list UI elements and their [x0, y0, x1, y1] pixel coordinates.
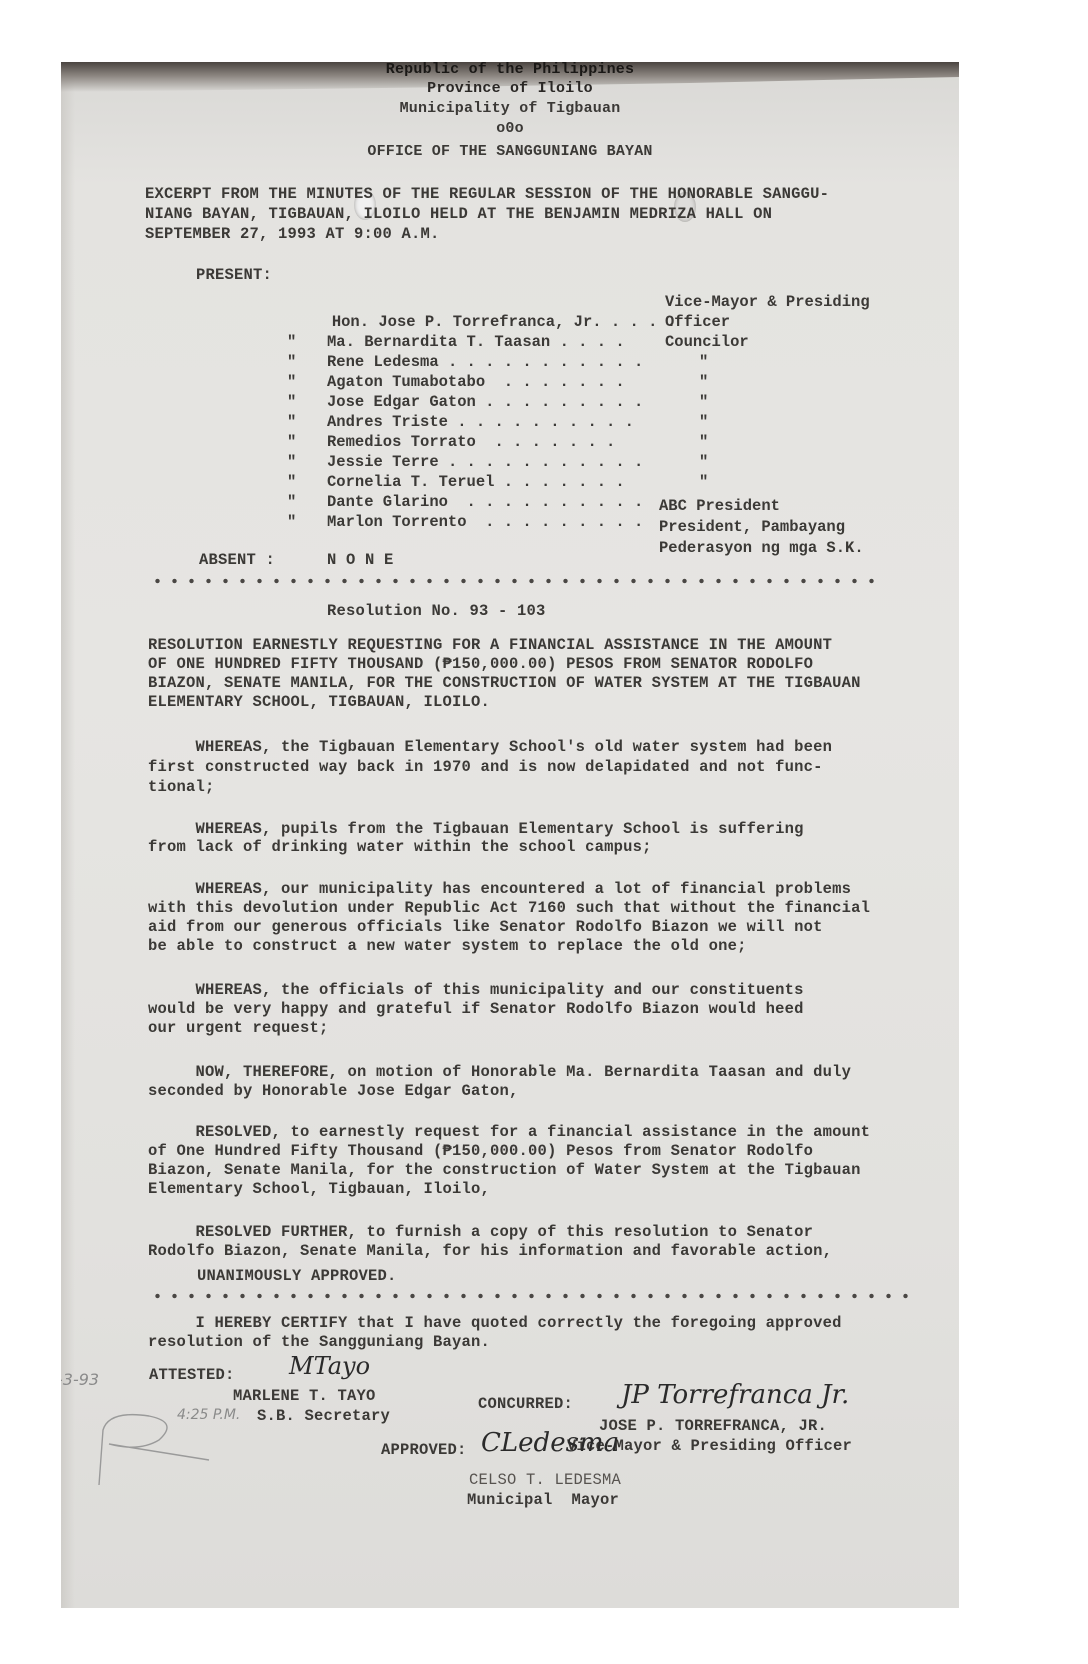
- member-position: ": [699, 452, 708, 472]
- member-name: Cornelia T. Teruel: [327, 473, 494, 491]
- paragraph-line: WHEREAS, pupils from the Tigbauan Elemen…: [148, 819, 804, 839]
- member-position-cont: Pederasyon ng mga S.K.: [659, 538, 864, 558]
- member-prefix: ": [287, 512, 296, 532]
- roster-row: Jessie Terre . . . . . . . . . . .: [327, 452, 643, 472]
- paragraph-line: be able to construct a new water system …: [148, 936, 747, 956]
- excerpt-line-3: SEPTEMBER 27, 1993 AT 9:00 A.M.: [145, 224, 440, 244]
- roster-row: Rene Ledesma . . . . . . . . . . .: [327, 352, 643, 372]
- member-leader: . . . . . . . . . . .: [448, 453, 643, 471]
- paragraph-line: WHEREAS, the officials of this municipal…: [148, 980, 804, 1000]
- member-position: ": [699, 472, 708, 492]
- mayor-name: CELSO T. LEDESMA: [469, 1470, 621, 1490]
- paragraph-line: Biazon, Senate Manila, for the construct…: [148, 1160, 861, 1180]
- member-name: Rene Ledesma: [327, 353, 439, 371]
- resolution-title-line: RESOLUTION EARNESTLY REQUESTING FOR A FI…: [148, 635, 832, 655]
- divider-dotted: [149, 1292, 914, 1300]
- roster-row: Ma. Bernardita T. Taasan . . . .: [327, 332, 625, 352]
- roster-row: Andres Triste . . . . . . . . . .: [327, 412, 634, 432]
- member-position: ": [699, 412, 708, 432]
- paragraph-line: seconded by Honorable Jose Edgar Gaton,: [148, 1081, 519, 1101]
- roster-row: Cornelia T. Teruel . . . . . . .: [327, 472, 625, 492]
- resolution-title-line: ELEMENTARY SCHOOL, TIGBAUAN, ILOILO.: [148, 692, 490, 712]
- certification-line-1: I HEREBY CERTIFY that I have quoted corr…: [148, 1313, 842, 1333]
- paragraph-line: of One Hundred Fifty Thousand (₱150,000.…: [148, 1141, 813, 1161]
- roster-row: Agaton Tumabotabo . . . . . . .: [327, 372, 625, 392]
- resolution-title-line: OF ONE HUNDRED FIFTY THOUSAND (₱150,000.…: [148, 654, 813, 674]
- member-name: Agaton Tumabotabo: [327, 373, 485, 391]
- member-prefix: ": [287, 372, 296, 392]
- member-position: ": [699, 352, 708, 372]
- excerpt-line-1: EXCERPT FROM THE MINUTES OF THE REGULAR …: [145, 184, 829, 204]
- paragraph-line: aid from our generous officials like Sen…: [148, 917, 823, 937]
- roster-row: Dante Glarino . . . . . . . . . .: [327, 492, 643, 512]
- paragraph-line: tional;: [148, 777, 215, 797]
- member-position: ": [699, 432, 708, 452]
- member-name: Andres Triste: [327, 413, 448, 431]
- member-name: Remedios Torrato: [327, 433, 476, 451]
- member-prefix: ": [287, 452, 296, 472]
- roster-row: Jose Edgar Gaton . . . . . . . . .: [327, 392, 643, 412]
- pencil-mark-icon: [89, 1400, 249, 1490]
- secretary-signature: MTayo: [289, 1352, 370, 1380]
- member-prefix: ": [287, 432, 296, 452]
- member-position: ": [699, 392, 708, 412]
- member-name: Ma. Bernardita T. Taasan: [327, 333, 550, 351]
- vice-mayor-signature: JP Torrefranca Jr.: [621, 1380, 849, 1410]
- member-prefix: ": [287, 472, 296, 492]
- handwritten-date: -3-93: [61, 1370, 99, 1389]
- member-leader: . . . . . . . . . .: [467, 493, 644, 511]
- paragraph-line: RESOLVED, to earnestly request for a fin…: [148, 1122, 870, 1142]
- attested-label: ATTESTED:: [149, 1365, 235, 1385]
- present-label: PRESENT:: [196, 265, 272, 285]
- certification-line-2: resolution of the Sangguniang Bayan.: [148, 1332, 490, 1352]
- header-municipality: Municipality of Tigbauan: [61, 99, 959, 119]
- paragraph-line: RESOLVED FURTHER, to furnish a copy of t…: [148, 1222, 813, 1242]
- member-name: Jessie Terre: [327, 453, 439, 471]
- divider-dotted: [149, 577, 879, 585]
- member-leader: . . . . . . . . .: [485, 513, 643, 531]
- member-position-cont: Officer: [665, 312, 730, 332]
- unanimously-approved: UNANIMOUSLY APPROVED.: [197, 1266, 397, 1286]
- approved-label: APPROVED:: [381, 1440, 467, 1460]
- member-position: ": [699, 372, 708, 392]
- roster-row: Remedios Torrato . . . . . . .: [327, 432, 615, 452]
- paragraph-line: WHEREAS, the Tigbauan Elementary School'…: [148, 737, 832, 757]
- header-ornament: o0o: [61, 119, 959, 139]
- member-leader: . . . . . . . . . .: [457, 413, 634, 431]
- paragraph-line: from lack of drinking water within the s…: [148, 837, 652, 857]
- secretary-title: S.B. Secretary: [257, 1406, 390, 1426]
- mayor-title: Municipal Mayor: [467, 1490, 619, 1510]
- absent-label: ABSENT :: [199, 550, 275, 570]
- excerpt-line-2: NIANG BAYAN, TIGBAUAN, ILOILO HELD AT TH…: [145, 204, 772, 224]
- member-leader: . . . . . . .: [504, 473, 625, 491]
- member-position: Vice-Mayor & Presiding: [665, 292, 870, 312]
- member-name: Jose Edgar Gaton: [327, 393, 476, 411]
- member-prefix: ": [287, 492, 296, 512]
- secretary-name: MARLENE T. TAYO: [233, 1386, 376, 1406]
- vice-mayor-name: JOSE P. TORREFRANCA, JR.: [599, 1416, 827, 1436]
- member-leader: . . . .: [560, 333, 625, 351]
- member-prefix: ": [287, 332, 296, 352]
- member-prefix: ": [287, 392, 296, 412]
- member-prefix: Hon.: [332, 313, 369, 331]
- member-leader: . . . . . . .: [494, 433, 615, 451]
- header-country: Republic of the Philippines: [61, 62, 959, 80]
- member-name: Marlon Torrento: [327, 513, 467, 531]
- paragraph-line: with this devolution under Republic Act …: [148, 898, 870, 918]
- member-prefix: ": [287, 352, 296, 372]
- header-office: OFFICE OF THE SANGGUNIANG BAYAN: [61, 142, 959, 162]
- resolution-number: Resolution No. 93 - 103: [327, 601, 546, 621]
- member-name: Jose P. Torrefranca, Jr.: [378, 313, 601, 331]
- mayor-signature: CLedesma: [481, 1428, 619, 1458]
- paragraph-line: NOW, THEREFORE, on motion of Honorable M…: [148, 1062, 851, 1082]
- resolution-title-line: BIAZON, SENATE MANILA, FOR THE CONSTRUCT…: [148, 673, 861, 693]
- member-name: Dante Glarino: [327, 493, 448, 511]
- concurred-label: CONCURRED:: [478, 1394, 573, 1414]
- member-leader: . . . . . . . . .: [485, 393, 643, 411]
- paragraph-line: would be very happy and grateful if Sena…: [148, 999, 804, 1019]
- paragraph-line: Rodolfo Biazon, Senate Manila, for his i…: [148, 1241, 832, 1261]
- member-position: ABC President: [659, 496, 780, 516]
- member-position: Councilor: [665, 332, 749, 352]
- roster-row: Marlon Torrento . . . . . . . . .: [327, 512, 643, 532]
- header-province: Province of Iloilo: [61, 79, 959, 99]
- member-leader: . . . . . . . . . . .: [448, 353, 643, 371]
- paragraph-line: Elementary School, Tigbauan, Iloilo,: [148, 1179, 490, 1199]
- absent-value: N O N E: [327, 550, 394, 570]
- paragraph-line: WHEREAS, our municipality has encountere…: [148, 879, 851, 899]
- paragraph-line: our urgent request;: [148, 1018, 329, 1038]
- document-page: Republic of the Philippines Province of …: [61, 62, 959, 1608]
- member-position: President, Pambayang: [659, 517, 845, 537]
- member-prefix: ": [287, 412, 296, 432]
- paragraph-line: first constructed way back in 1970 and i…: [148, 757, 823, 777]
- member-leader: . . . . . . .: [504, 373, 625, 391]
